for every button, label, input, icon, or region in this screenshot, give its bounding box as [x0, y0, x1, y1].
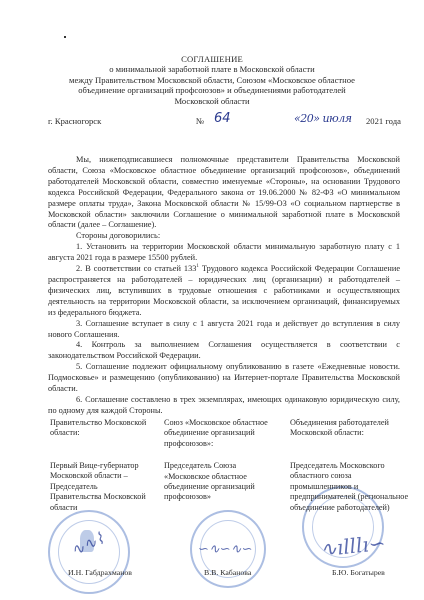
document-title: СОГЛАШЕНИЕ	[40, 54, 384, 64]
subtitle-line: о минимальной заработной плате в Московс…	[40, 64, 384, 74]
clause-1: 1. Установить на территории Московской о…	[48, 242, 400, 264]
subtitle-line: Московской области	[40, 96, 384, 106]
number-label: №	[196, 116, 204, 126]
signatory-party: Объединения работодателей Московской обл…	[290, 418, 410, 449]
document-meta: г. Красногорск № 64 «20» июля 2021 года	[48, 113, 408, 129]
signatory-party: Правительство Московской области:	[50, 418, 150, 449]
handwritten-number: 64	[214, 111, 231, 126]
clause-2: 2. В соответствии со статьей 1331 Трудов…	[48, 264, 400, 319]
signatory-party: Союз «Московское областное объединение о…	[164, 418, 274, 449]
clause-3: 3. Соглашение вступает в силу с 1 август…	[48, 319, 400, 341]
signatory-union: Союз «Московское областное объединение о…	[164, 418, 274, 503]
signatory-position: Первый Вице-губернатор Московской област…	[50, 461, 150, 513]
clause-2-text: 2. В соответствии со статьей 133	[76, 264, 196, 273]
signatory-name: И.Н. Габдрахманов	[68, 568, 132, 577]
clause-4: 4. Контроль за выполнением Соглашения ос…	[48, 340, 400, 362]
agreed-heading: Стороны договорились:	[48, 231, 400, 242]
document-page: СОГЛАШЕНИЕ о минимальной заработной плат…	[0, 0, 424, 600]
document-body: Мы, нижеподписавшиеся полномочные предст…	[48, 155, 400, 417]
clause-6: 6. Соглашение составлено в трех экземпля…	[48, 395, 400, 417]
subtitle-line: объединение организаций профсоюзов» и об…	[40, 85, 384, 95]
preamble-paragraph: Мы, нижеподписавшиеся полномочные предст…	[48, 155, 400, 231]
signatory-employers: Объединения работодателей Московской обл…	[290, 418, 410, 513]
signatory-name: В.В. Кабанова	[204, 568, 251, 577]
signatory-position: Председатель Союза «Московское областное…	[164, 461, 274, 503]
subtitle-line: между Правительством Московской области,…	[40, 75, 384, 85]
signatory-government: Правительство Московской области: Первый…	[50, 418, 150, 513]
handwritten-date: «20» июля	[294, 112, 352, 125]
scan-artifact-dot	[64, 36, 66, 38]
signatory-name: Б.Ю. Богатырев	[332, 568, 385, 577]
year: 2021 года	[366, 116, 401, 126]
clause-5: 5. Соглашение подлежит официальному опуб…	[48, 362, 400, 395]
city: г. Красногорск	[48, 116, 101, 126]
signatory-position: Председатель Московского областного союз…	[290, 461, 410, 513]
signature-scribble-icon: ∽∿∽∿∽	[198, 542, 252, 557]
document-header: СОГЛАШЕНИЕ о минимальной заработной плат…	[40, 54, 384, 106]
